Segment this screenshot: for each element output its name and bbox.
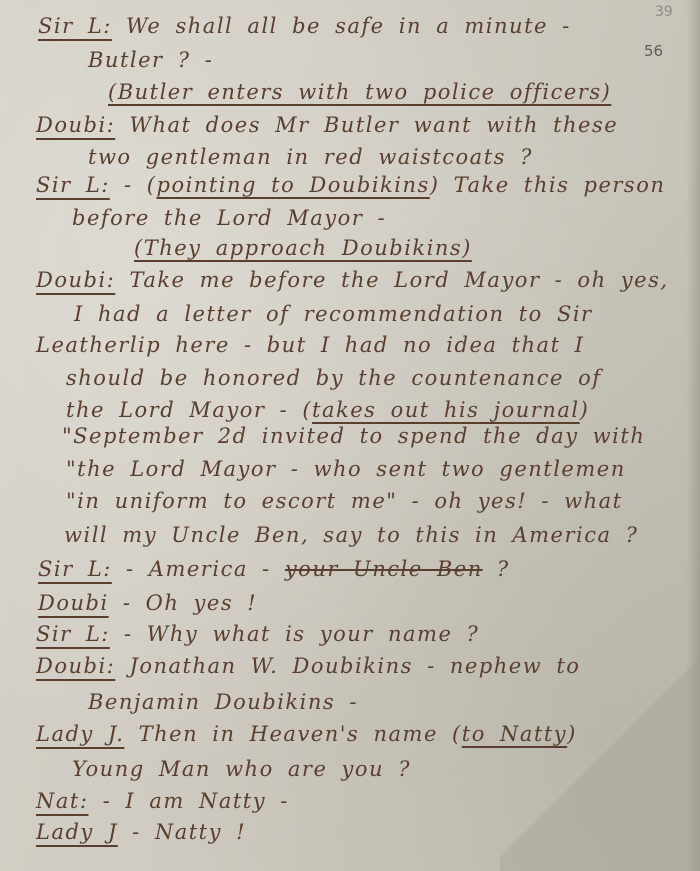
dialogue-text: "September 2d invited to spend the day w…: [62, 424, 645, 448]
stage-direction: (Butler enters with two police officers): [108, 80, 611, 104]
dialogue-text: will my Uncle Ben, say to this in Americ…: [64, 523, 638, 547]
script-line: Doubi: What does Mr Butler want with the…: [36, 113, 618, 137]
speaker-name: Lady J: [36, 820, 118, 844]
dialogue-text: before the Lord Mayor -: [72, 206, 386, 230]
script-line: Sir L: - Why what is your name ?: [36, 622, 479, 646]
stage-direction-text: to Natty: [462, 722, 567, 746]
script-line: "in uniform to escort me" - oh yes! - wh…: [66, 489, 623, 513]
stage-direction-text: pointing to Doubikins: [157, 173, 430, 197]
dialogue-text: - Natty !: [132, 820, 246, 844]
dialogue-text: Take me before the Lord Mayor - oh yes,: [129, 268, 668, 292]
stage-direction-text: (Butler enters with two police officers): [108, 80, 611, 104]
dialogue-text: I had a letter of recommendation to Sir: [74, 302, 593, 326]
script-line: two gentleman in red waistcoats ?: [88, 145, 533, 169]
dialogue-text: What does Mr Butler want with these: [129, 113, 618, 137]
dialogue-text: "in uniform to escort me" - oh yes! - wh…: [66, 489, 623, 513]
folio-number-pencil: 39: [655, 4, 673, 20]
dialogue-text: - I am Natty -: [103, 789, 289, 813]
folio-number-ink: 56: [644, 42, 663, 60]
dialogue-text: should be honored by the countenance of: [66, 366, 602, 390]
speaker-name: Lady J.: [36, 722, 124, 746]
dialogue-text: two gentleman in red waistcoats ?: [88, 145, 533, 169]
script-line: Doubi: Jonathan W. Doubikins - nephew to: [36, 654, 580, 678]
dialogue-text: - America -: [126, 557, 271, 581]
speaker-name: Doubi:: [36, 654, 115, 678]
dialogue-text: Then in Heaven's name (: [139, 722, 462, 746]
script-line: Sir L: - America - your Uncle Ben ?: [38, 557, 510, 581]
dialogue-text: ): [580, 398, 590, 422]
script-line: Lady J. Then in Heaven's name (to Natty): [36, 722, 577, 746]
script-line: I had a letter of recommendation to Sir: [74, 302, 593, 326]
script-line: Butler ? -: [88, 48, 213, 72]
script-line: "the Lord Mayor - who sent two gentlemen: [66, 457, 626, 481]
dialogue-text: Benjamin Doubikins -: [88, 690, 358, 714]
manuscript-page: 39 56 Sir L: We shall all be safe in a m…: [0, 0, 700, 871]
dialogue-text: - Why what is your name ?: [124, 622, 479, 646]
speaker-name: Sir L:: [36, 622, 110, 646]
script-line: Nat: - I am Natty -: [36, 789, 289, 813]
speaker-name: Nat:: [36, 789, 88, 813]
script-line: Sir L: We shall all be safe in a minute …: [38, 14, 571, 38]
script-line: Doubi: Take me before the Lord Mayor - o…: [36, 268, 669, 292]
stage-direction: (They approach Doubikins): [134, 236, 472, 260]
dialogue-text: Leatherlip here - but I had no idea that…: [36, 333, 584, 357]
speaker-name: Sir L:: [36, 173, 110, 197]
stage-direction-text: takes out his journal: [312, 398, 580, 422]
script-line: the Lord Mayor - (takes out his journal): [66, 398, 589, 422]
script-line: Young Man who are you ?: [72, 757, 411, 781]
script-line: Leatherlip here - but I had no idea that…: [36, 333, 584, 357]
dialogue-text: ): [567, 722, 577, 746]
stage-direction-text: (They approach Doubikins): [134, 236, 472, 260]
dialogue-text: We shall all be safe in a minute -: [126, 14, 571, 38]
script-line: will my Uncle Ben, say to this in Americ…: [64, 523, 638, 547]
dialogue-text: the Lord Mayor - (: [66, 398, 312, 422]
speaker-name: Sir L:: [38, 14, 112, 38]
speaker-name: Doubi:: [36, 268, 115, 292]
script-line: before the Lord Mayor -: [72, 206, 386, 230]
speaker-name: Doubi:: [36, 113, 115, 137]
speaker-name: Doubi: [38, 591, 109, 615]
script-line: Lady J - Natty !: [36, 820, 246, 844]
dialogue-text: ) Take this person: [430, 173, 666, 197]
script-line: should be honored by the countenance of: [66, 366, 602, 390]
dialogue-text: Jonathan W. Doubikins - nephew to: [129, 654, 580, 678]
script-line: Doubi - Oh yes !: [38, 591, 257, 615]
dialogue-text: - Oh yes !: [123, 591, 257, 615]
script-line: Sir L: - (pointing to Doubikins) Take th…: [36, 173, 665, 197]
dialogue-text: ?: [483, 557, 510, 581]
script-line: "September 2d invited to spend the day w…: [62, 424, 645, 448]
dialogue-text: - (: [124, 173, 156, 197]
speaker-name: Sir L:: [38, 557, 112, 581]
script-line: Benjamin Doubikins -: [88, 690, 358, 714]
struck-text: your Uncle Ben: [285, 557, 483, 581]
dialogue-text: Butler ? -: [88, 48, 213, 72]
dialogue-text: "the Lord Mayor - who sent two gentlemen: [66, 457, 626, 481]
dialogue-text: Young Man who are you ?: [72, 757, 411, 781]
